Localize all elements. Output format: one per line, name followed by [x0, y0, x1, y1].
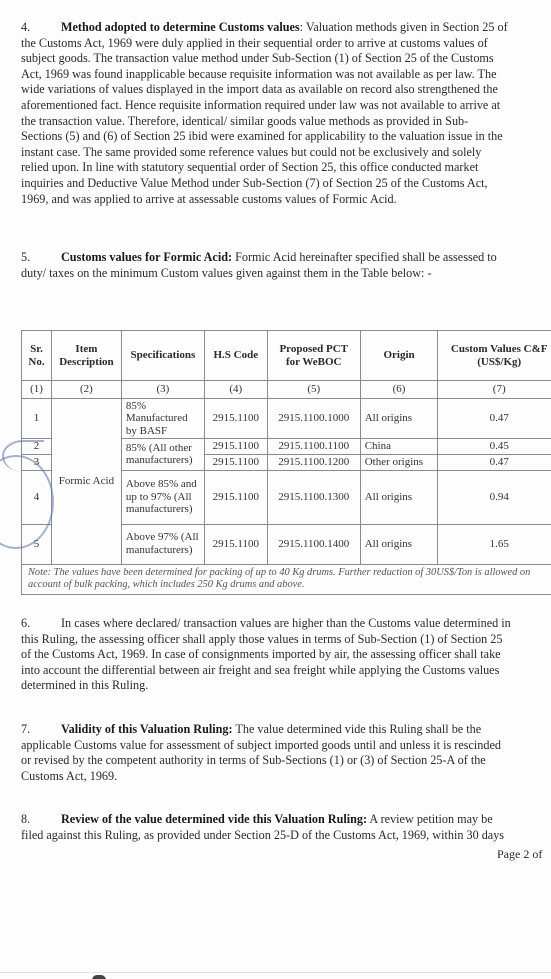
- paragraph-line: the Customs Act, 1969 were duly applied …: [21, 36, 551, 52]
- paragraph-line: into account the differential between ai…: [21, 663, 551, 679]
- section-number: 7.: [21, 722, 61, 738]
- section-number: 4.: [21, 20, 61, 36]
- hs-code-cell: 2915.1100: [204, 470, 267, 524]
- page-number: Page 2 of: [497, 847, 542, 862]
- section-heading: Review of the value determined vide this…: [61, 812, 367, 826]
- pct-cell: 2915.1100.1100: [267, 439, 360, 455]
- paragraph-line: Sections (5) and (6) of Section 25 ibid …: [21, 129, 551, 145]
- index-cell: (6): [360, 381, 438, 399]
- header-item-description: Item Description: [51, 331, 121, 381]
- index-cell: (7): [438, 381, 551, 399]
- hs-code-cell: 2915.1100: [204, 524, 267, 564]
- section-number: 8.: [21, 812, 61, 828]
- header-custom-values: Custom Values C&F (US$/Kg): [438, 331, 551, 381]
- value-cell: 0.47: [438, 454, 551, 470]
- value-cell: 0.94: [438, 470, 551, 524]
- table-header-row: Sr. No. Item Description Specifications …: [22, 331, 551, 381]
- origin-cell: All origins: [360, 398, 438, 439]
- section-8: 8.Review of the value determined vide th…: [21, 812, 551, 843]
- pct-cell: 2915.1100.1200: [267, 454, 360, 470]
- item-description-cell: Formic Acid: [51, 398, 121, 564]
- paragraph-line: or revised by the competent authority in…: [21, 753, 551, 769]
- section-4: 4.Method adopted to determine Customs va…: [21, 20, 551, 207]
- paragraph-line: this Ruling, the assessing officer shall…: [21, 632, 551, 648]
- paragraph-line: subject goods. The transaction value met…: [21, 51, 551, 67]
- header-sr-no: Sr. No.: [22, 331, 52, 381]
- document-page: 4.Method adopted to determine Customs va…: [0, 0, 551, 979]
- value-cell: 1.65: [438, 524, 551, 564]
- hs-code-cell: 2915.1100: [204, 398, 267, 439]
- hs-code-cell: 2915.1100: [204, 439, 267, 455]
- origin-cell: China: [360, 439, 438, 455]
- pct-cell: 2915.1100.1300: [267, 470, 360, 524]
- header-origin: Origin: [360, 331, 438, 381]
- pct-cell: 2915.1100.1000: [267, 398, 360, 439]
- header-proposed-pct: Proposed PCT for WeBOC: [267, 331, 360, 381]
- paragraph-line: inquiries and Deductive Value Method und…: [21, 176, 551, 192]
- header-specifications: Specifications: [121, 331, 204, 381]
- paragraph-line: wide variations of values displayed in t…: [21, 82, 551, 98]
- spec-cell: Above 85% and up to 97% (All manufacture…: [121, 470, 204, 524]
- section-5: 5.Customs values for Formic Acid: Formic…: [21, 250, 551, 281]
- page-edge-mark: [92, 975, 106, 979]
- sr-cell: 1: [22, 398, 52, 439]
- section-number: 6.: [21, 616, 61, 632]
- paragraph-line: 1969, and was applied to arrive at asses…: [21, 192, 551, 208]
- page-edge: [0, 972, 551, 973]
- hs-code-cell: 2915.1100: [204, 454, 267, 470]
- section-heading: Validity of this Valuation Ruling:: [61, 722, 233, 736]
- spec-cell: 85% Manufactured by BASF: [121, 398, 204, 439]
- section-4-line-1: 4.Method adopted to determine Customs va…: [21, 20, 551, 36]
- value-cell: 0.45: [438, 439, 551, 455]
- paragraph-line: determined in this Ruling.: [21, 678, 551, 694]
- table-row: 1 Formic Acid 85% Manufactured by BASF 2…: [22, 398, 551, 439]
- index-cell: (3): [121, 381, 204, 399]
- paragraph-line: applicable Customs value for assessment …: [21, 738, 551, 754]
- index-cell: (1): [22, 381, 52, 399]
- index-cell: (4): [204, 381, 267, 399]
- table-note-row: Note: The values have been determined fo…: [22, 564, 551, 594]
- paragraph-line: duty/ taxes on the minimum Custom values…: [21, 266, 551, 282]
- spec-cell: 85% (All other manufacturers): [121, 439, 204, 470]
- paragraph-line: filed against this Ruling, as provided u…: [21, 828, 551, 844]
- paragraph-line: instant case. The same provided some ref…: [21, 145, 551, 161]
- section-6: 6.In cases where declared/ transaction v…: [21, 616, 551, 694]
- table-note: Note: The values have been determined fo…: [22, 564, 551, 594]
- header-hs-code: H.S Code: [204, 331, 267, 381]
- section-number: 5.: [21, 250, 61, 266]
- paragraph-line: of the Customs Act, 1969. In case of con…: [21, 647, 551, 663]
- spec-cell: Above 97% (All manufacturers): [121, 524, 204, 564]
- section-heading: Customs values for Formic Acid:: [61, 250, 232, 264]
- index-cell: (2): [51, 381, 121, 399]
- section-heading: Method adopted to determine Customs valu…: [61, 20, 300, 34]
- origin-cell: All origins: [360, 524, 438, 564]
- origin-cell: Other origins: [360, 454, 438, 470]
- origin-cell: All origins: [360, 470, 438, 524]
- paragraph-line: the transaction value. Therefore, identi…: [21, 114, 551, 130]
- index-cell: (5): [267, 381, 360, 399]
- customs-values-table: Sr. No. Item Description Specifications …: [21, 330, 551, 595]
- table-index-row: (1) (2) (3) (4) (5) (6) (7): [22, 381, 551, 399]
- paragraph-line: aforementioned fact. Hence requisite inf…: [21, 98, 551, 114]
- pct-cell: 2915.1100.1400: [267, 524, 360, 564]
- section-7: 7.Validity of this Valuation Ruling: The…: [21, 722, 551, 784]
- paragraph-line: relied upon. In line with statutory sequ…: [21, 160, 551, 176]
- paragraph-line: Act, 1969 was found inapplicable because…: [21, 67, 551, 83]
- value-cell: 0.47: [438, 398, 551, 439]
- paragraph-line: Customs Act, 1969.: [21, 769, 551, 785]
